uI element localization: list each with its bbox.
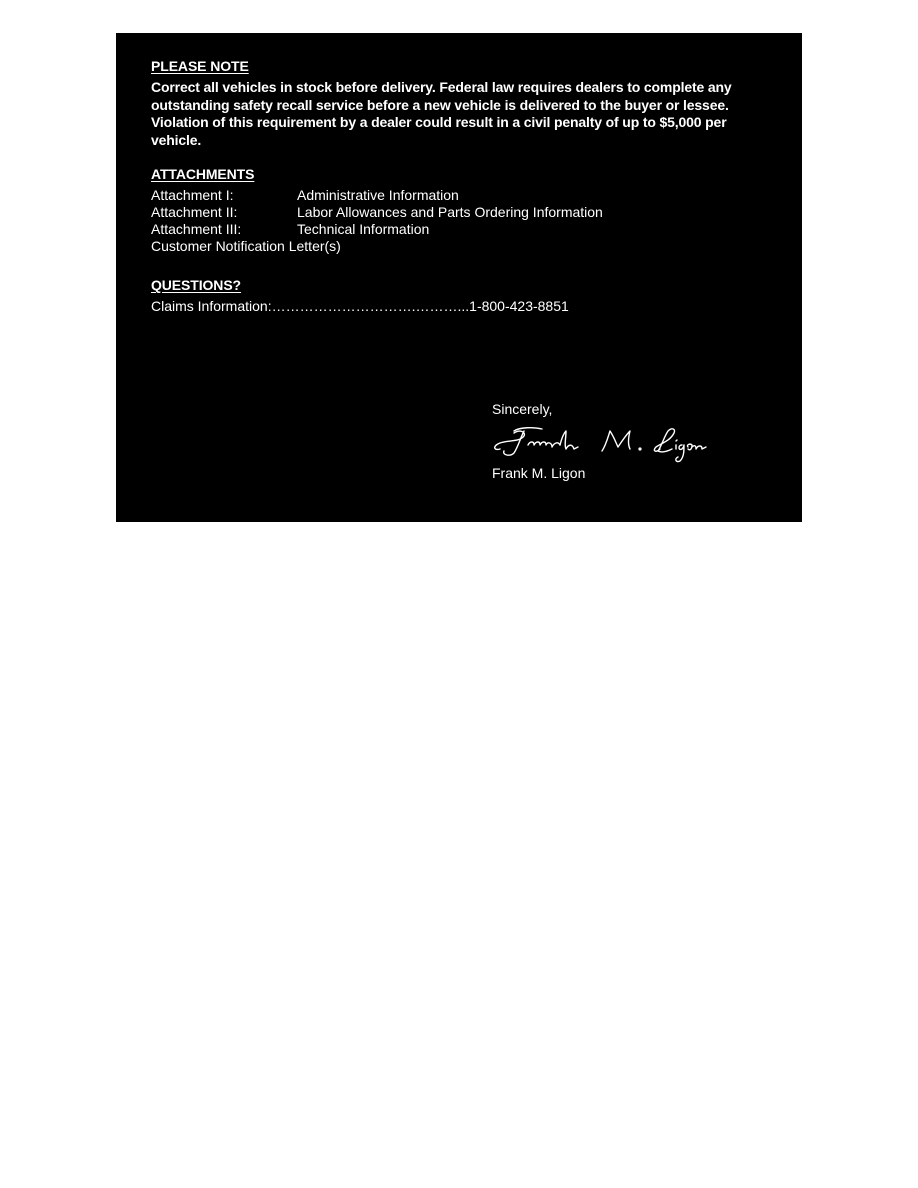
attachment-value: Technical Information (297, 221, 429, 237)
questions-heading: QUESTIONS? (151, 277, 241, 293)
attachment-label: Attachment I: (151, 187, 297, 204)
attachment-value: Labor Allowances and Parts Ordering Info… (297, 204, 603, 220)
attachment-label: Customer Notification (151, 238, 285, 254)
please-note-body: Correct all vehicles in stock before del… (151, 79, 771, 149)
attachment-value: Administrative Information (297, 187, 459, 203)
salutation: Sincerely, (492, 401, 552, 417)
attachment-row: Customer Notification Letter(s) (151, 238, 341, 255)
please-note-heading: PLEASE NOTE (151, 58, 249, 74)
attachment-row: Attachment II:Labor Allowances and Parts… (151, 204, 603, 221)
attachment-label: Attachment II: (151, 204, 297, 221)
letter-panel: PLEASE NOTE Correct all vehicles in stoc… (116, 33, 802, 522)
attachments-heading: ATTACHMENTS (151, 166, 254, 182)
claims-leader: ………………………….………... (272, 298, 470, 314)
attachment-label: Attachment III: (151, 221, 297, 238)
signature-icon (490, 419, 720, 463)
attachment-row: Attachment I:Administrative Information (151, 187, 459, 204)
claims-phone: 1-800-423-8851 (469, 298, 569, 314)
attachment-value: Letter(s) (289, 238, 341, 254)
claims-label: Claims Information: (151, 298, 272, 314)
claims-info: Claims Information:………………………….………...1-80… (151, 298, 569, 314)
signatory-name: Frank M. Ligon (492, 465, 585, 481)
attachment-row: Attachment III:Technical Information (151, 221, 429, 238)
